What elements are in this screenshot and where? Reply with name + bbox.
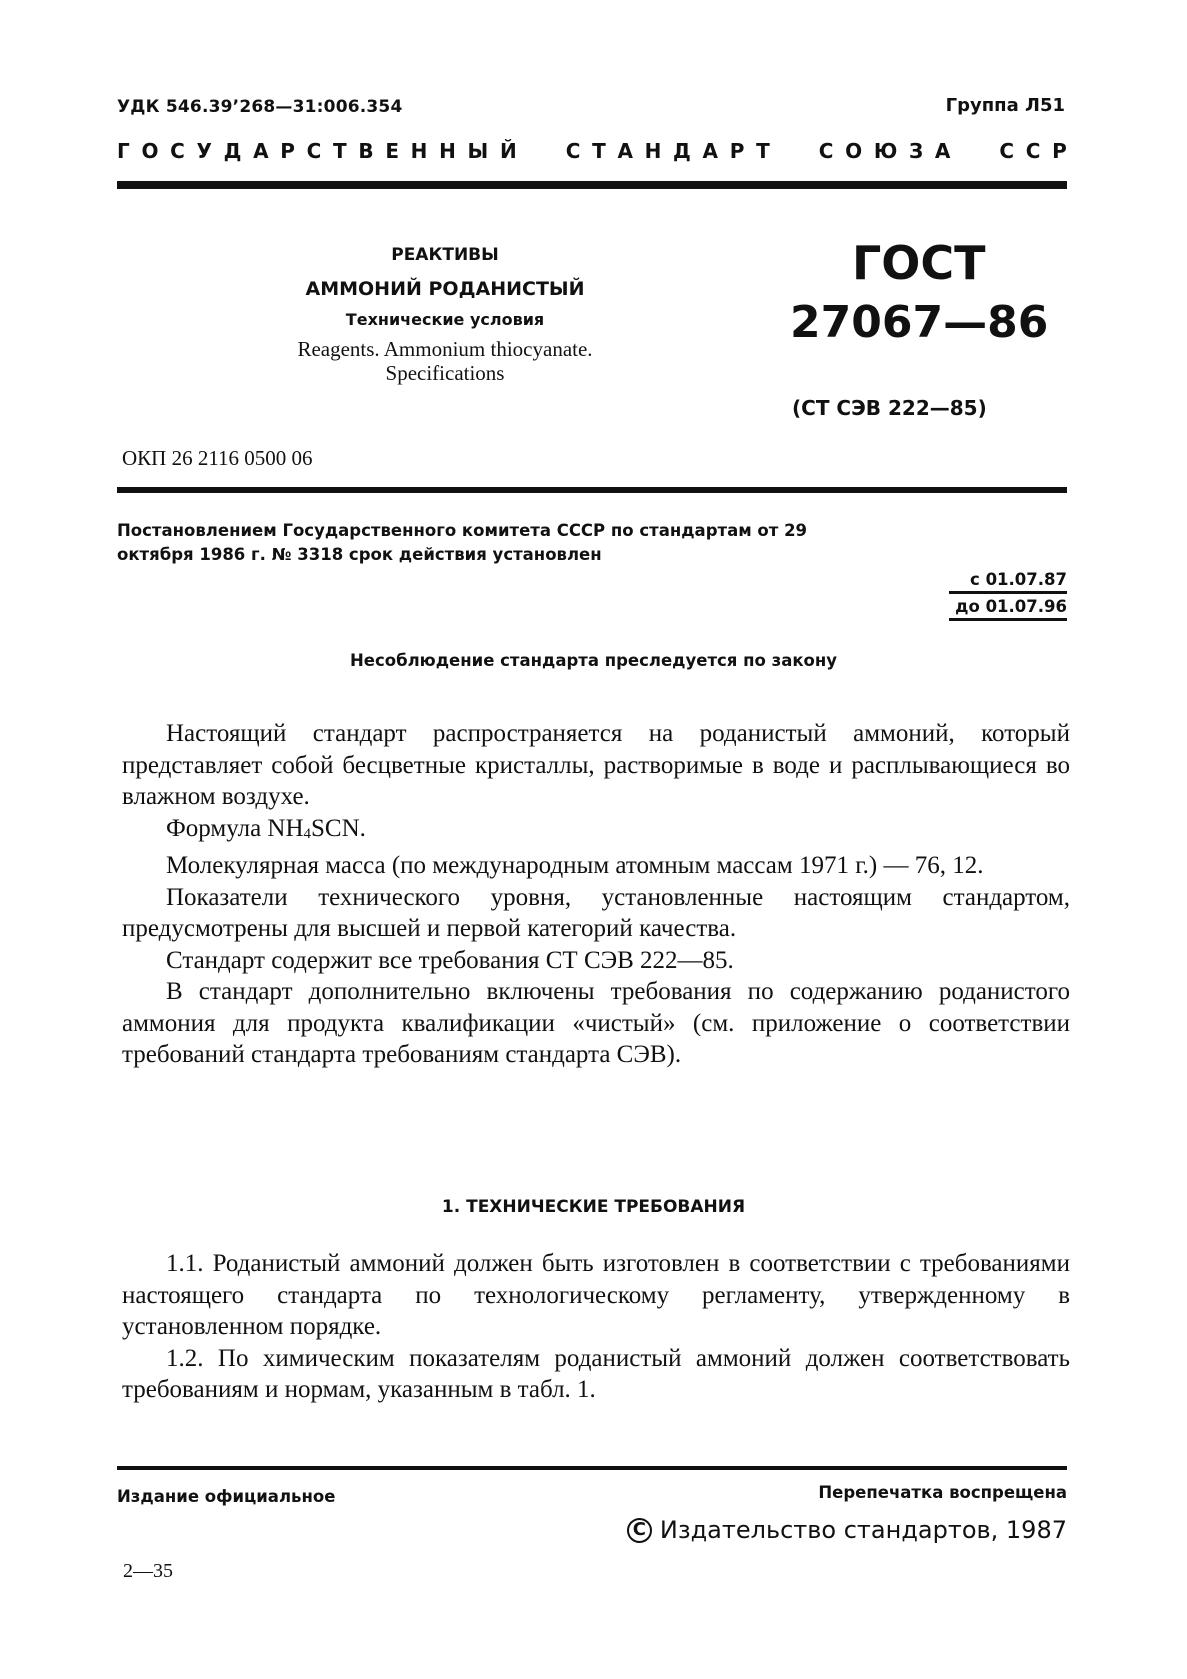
banner-letter: С (170, 139, 185, 163)
copyright-icon: C (627, 1518, 652, 1543)
banner-letter: Й (500, 139, 517, 163)
legal-notice: Несоблюдение стандарта преследуется по з… (0, 651, 1187, 670)
section-title: 1. ТЕХНИЧЕСКИЕ ТРЕБОВАНИЯ (0, 1197, 1187, 1217)
title-substance: АММОНИЙ РОДАНИСТЫЙ (240, 278, 650, 300)
banner-letter (528, 139, 535, 163)
banner-letter: Ю (874, 139, 897, 163)
date-from: с 01.07.87 (949, 570, 1067, 594)
reprint-prohibited: Перепечатка воспрещена (818, 1483, 1067, 1502)
banner-letter: Т (333, 139, 347, 163)
banner-letter: Г (117, 139, 130, 163)
banner-letter: З (909, 139, 923, 163)
title-block: РЕАКТИВЫ АММОНИЙ РОДАНИСТЫЙ Технические … (240, 245, 650, 385)
banner-letter: Е (385, 139, 399, 163)
intro-paragraph: Показатели технического уровня, установл… (122, 882, 1070, 945)
banner-letter: С (999, 139, 1014, 163)
banner-letter: Н (411, 139, 428, 163)
intro-text: Настоящий стандарт распространяется на р… (122, 718, 1070, 1071)
section-text: 1.1. Роданистый аммоний должен быть изго… (122, 1248, 1070, 1406)
middle-rule (117, 487, 1067, 493)
banner-letter: Д (224, 139, 242, 163)
banner-letter: А (253, 139, 268, 163)
banner-letter (981, 139, 988, 163)
intro-paragraph: Молекулярная масса (по международным ато… (122, 850, 1070, 882)
gost-label: ГОСТ (852, 236, 1060, 290)
banner-letter: Р (1052, 139, 1067, 163)
banner-letter: О (141, 139, 158, 163)
banner-letter: А (617, 139, 632, 163)
section-paragraph: 1.2. По химическим показателям роданисты… (122, 1343, 1070, 1406)
formula-rest: SCN. (311, 815, 366, 842)
intro-paragraph: В стандарт дополнительно включены требов… (122, 976, 1070, 1071)
banner-letter (781, 139, 788, 163)
formula-prefix: Формула (166, 815, 267, 842)
banner-letter: В (358, 139, 373, 163)
banner-letter: Р (730, 139, 745, 163)
okp-code: ОКП 26 2116 0500 06 (122, 446, 313, 471)
title-spec: Технические условия (240, 310, 650, 329)
intro-paragraph: Настоящий стандарт распространяется на р… (122, 718, 1070, 813)
title-reagents: РЕАКТИВЫ (240, 245, 650, 265)
banner-letter: С (566, 139, 581, 163)
banner-letter: Н (439, 139, 456, 163)
banner-letter: Т (592, 139, 606, 163)
st-sev-reference: (СТ СЭВ 222—85) (792, 396, 987, 420)
gost-block: ГОСТ 27067—86 (770, 236, 1060, 352)
banner-letter: О (845, 139, 862, 163)
top-rule (117, 181, 1067, 189)
title-english-line2: Specifications (240, 361, 650, 385)
banner-letter (547, 139, 554, 163)
validity-dates: с 01.07.87 до 01.07.96 (949, 570, 1067, 624)
banner-letter: С (307, 139, 322, 163)
bottom-rule (117, 1466, 1067, 1470)
banner-letter: Т (756, 139, 770, 163)
publisher-name: Издательство стандартов, 1987 (660, 1516, 1067, 1544)
banner-letter: Н (645, 139, 662, 163)
banner-letter: А (935, 139, 950, 163)
state-standard-banner: ГОСУДАРСТВЕННЫЙ СТАНДАРТ СОЮЗА ССР (117, 139, 1067, 163)
banner-letter: Р (280, 139, 295, 163)
banner-letter (962, 139, 969, 163)
banner-letter (800, 139, 807, 163)
banner-letter: А (703, 139, 718, 163)
udk-code: УДК 546.39’268—31:006.354 (117, 97, 403, 117)
publisher-line: C Издательство стандартов, 1987 (627, 1516, 1067, 1544)
date-to: до 01.07.96 (949, 597, 1067, 621)
formula-subscript: 4 (304, 826, 312, 842)
group-code: Группа Л51 (946, 95, 1065, 116)
page-code: 2—35 (123, 1560, 173, 1583)
formula-nh: NH (267, 815, 303, 842)
banner-letter: Д (673, 139, 691, 163)
decree-text: Постановлением Государственного комитета… (117, 519, 877, 567)
title-english-line1: Reagents. Ammonium thiocyanate. (240, 337, 650, 361)
intro-paragraph: Стандарт содержит все требования СТ СЭВ … (122, 945, 1070, 977)
formula-paragraph: Формула NH4SCN. (122, 813, 1070, 851)
title-english: Reagents. Ammonium thiocyanate. Specific… (240, 337, 650, 385)
banner-letter: С (1026, 139, 1041, 163)
section-paragraph: 1.1. Роданистый аммоний должен быть изго… (122, 1248, 1070, 1343)
banner-letter: С (819, 139, 834, 163)
banner-letter: Ы (468, 139, 489, 163)
official-edition: Издание официальное (117, 1487, 335, 1506)
banner-letter: У (197, 139, 212, 163)
gost-number: 27067—86 (790, 294, 1060, 352)
